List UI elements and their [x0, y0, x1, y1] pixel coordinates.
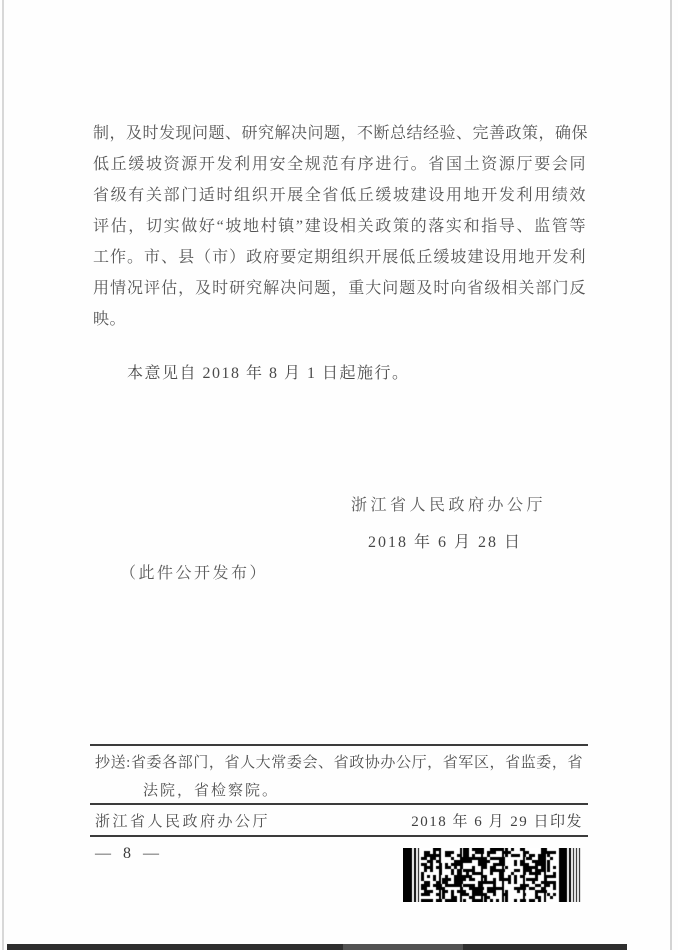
body-text-line: 制，及时发现问题、研究解决问题，不断总结经验、完善政策，确保 — [93, 118, 586, 149]
scan-edge-right — [670, 0, 672, 950]
footer-rule-top — [90, 744, 588, 746]
scanned-document-page: 制，及时发现问题、研究解决问题，不断总结经验、完善政策，确保低丘缓坡资源开发利用… — [0, 0, 678, 950]
body-text-line: 评估，切实做好“坡地村镇”建设相关政策的落实和指导、监管等 — [93, 211, 586, 242]
signature-issuer: 浙江省人民政府办公厅 — [93, 492, 586, 515]
print-barcode — [403, 848, 581, 902]
cc-list-text: 省委各部门，省人大常委会、省政协办公厅，省军区，省监委，省 — [131, 755, 583, 771]
body-text-line: 省级有关部门适时组织开展全省低丘缓坡建设用地开发利用绩效 — [93, 180, 586, 211]
effective-date-paragraph: 本意见自 2018 年 8 月 1 日起施行。 — [93, 360, 586, 388]
cc-list-line2: 法院，省检察院。 — [143, 779, 279, 800]
cc-list-line1: 抄送:省委各部门，省人大常委会、省政协办公厅，省军区，省监委，省 — [95, 751, 583, 772]
signature-date: 2018 年 6 月 28 日 — [93, 529, 586, 552]
print-date: 2018 年 6 月 29 日印发 — [411, 810, 583, 831]
scan-strip-bottom-light — [343, 944, 463, 950]
page-number: — 8 — — [95, 845, 163, 863]
body-text-line: 映。 — [93, 304, 586, 335]
footer-rule-middle — [90, 803, 588, 805]
body-text-line: 用情况评估，及时研究解决问题，重大问题及时向省级相关部门反 — [93, 273, 586, 304]
printer-name: 浙江省人民政府办公厅 — [95, 810, 270, 831]
scan-edge-left — [2, 0, 4, 950]
body-text-line: 工作。市、县（市）政府要定期组织开展低丘缓坡建设用地开发利 — [93, 242, 586, 273]
printer-row: 浙江省人民政府办公厅 2018 年 6 月 29 日印发 — [95, 810, 583, 831]
public-release-note: （此件公开发布） — [120, 560, 268, 583]
cc-label: 抄送: — [95, 755, 131, 771]
footer-rule-bottom — [90, 835, 588, 837]
scan-strip-bottom — [7, 944, 627, 950]
body-text-line: 低丘缓坡资源开发利用安全规范有序进行。省国土资源厅要会同 — [93, 149, 586, 180]
body-paragraph: 制，及时发现问题、研究解决问题，不断总结经验、完善政策，确保低丘缓坡资源开发利用… — [93, 118, 586, 335]
